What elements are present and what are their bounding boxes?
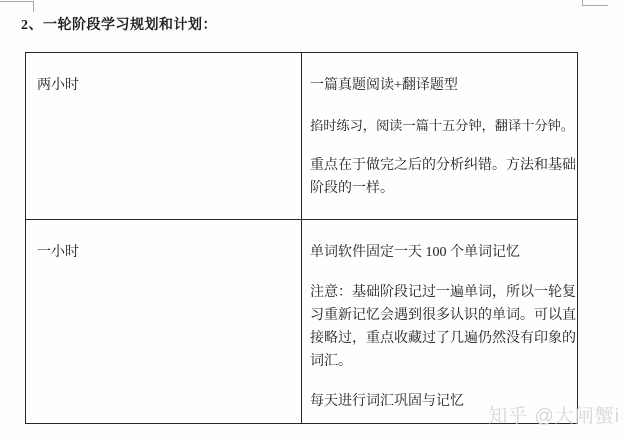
section-heading: 2、一轮阶段学习规划和计划： — [21, 14, 217, 34]
paragraph: 掐时练习，阅读一篇十五分钟，翻译十分钟。 — [310, 114, 577, 137]
content-cell: 一篇真题阅读+翻译题型 掐时练习，阅读一篇十五分钟，翻译十分钟。 重点在于做完之… — [302, 53, 577, 219]
duration-text: 两小时 — [37, 74, 301, 97]
study-plan-table: 两小时 一篇真题阅读+翻译题型 掐时练习，阅读一篇十五分钟，翻译十分钟。 重点在… — [25, 52, 578, 424]
paragraph: 注意：基础阶段记过一遍单词，所以一轮复习重新记忆会遇到很多认识的单词。可以直接略… — [310, 281, 577, 373]
duration-cell: 两小时 — [26, 53, 302, 219]
table-fragment-top-right — [582, 0, 608, 6]
table-row: 两小时 一篇真题阅读+翻译题型 掐时练习，阅读一篇十五分钟，翻译十分钟。 重点在… — [26, 53, 577, 219]
document-page: { "heading": "2、一轮阶段学习规划和计划：", "colors":… — [0, 0, 624, 442]
duration-cell: 一小时 — [26, 220, 302, 423]
table-fragment-top-left — [0, 1, 34, 12]
paragraph: 重点在于做完之后的分析纠错。方法和基础阶段的一样。 — [310, 154, 577, 200]
zhihu-watermark: 知乎 @大闸蟹i — [488, 401, 620, 428]
content-cell: 单词软件固定一天 100 个单词记忆 注意：基础阶段记过一遍单词，所以一轮复习重… — [302, 220, 577, 423]
paragraph: 单词软件固定一天 100 个单词记忆 — [310, 241, 577, 264]
paragraph: 一篇真题阅读+翻译题型 — [310, 74, 577, 97]
table-row: 一小时 单词软件固定一天 100 个单词记忆 注意：基础阶段记过一遍单词，所以一… — [26, 219, 577, 423]
duration-text: 一小时 — [37, 241, 301, 264]
